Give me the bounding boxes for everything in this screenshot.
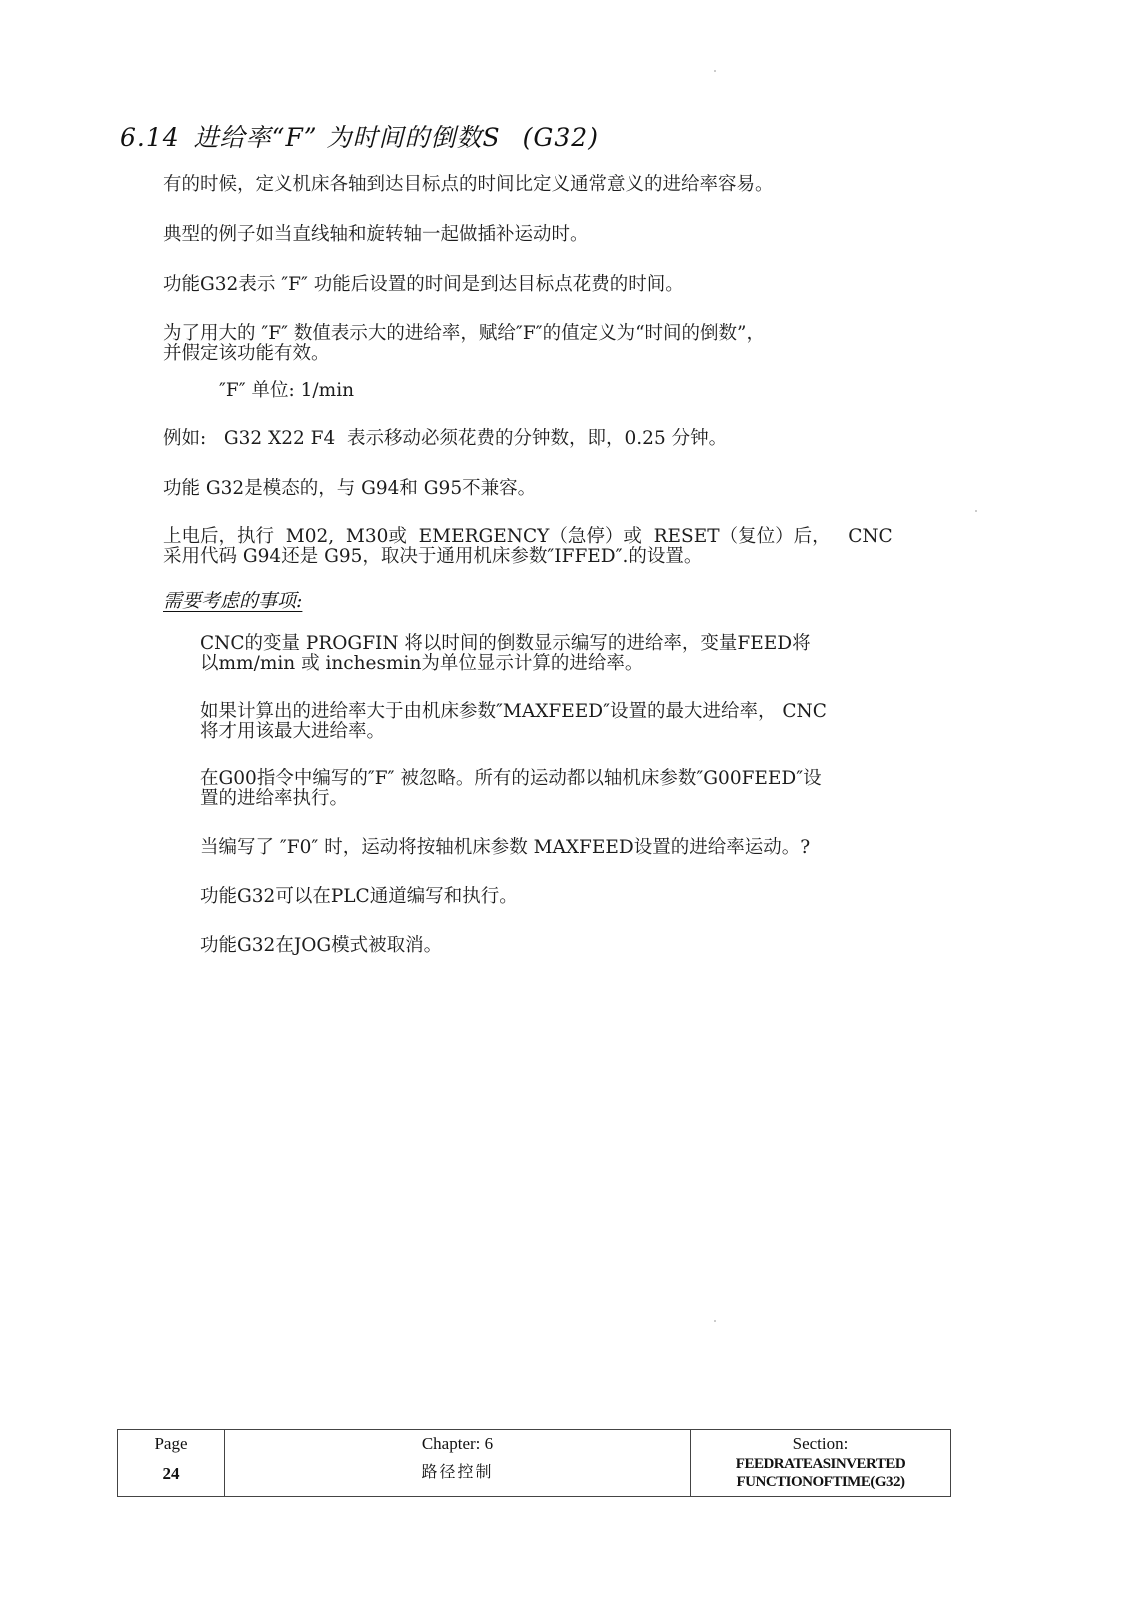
consideration-item: 功能G32在JOG模式被取消。 [200,934,442,957]
consideration-item-continued: 以mm/min 或 inchesmin为单位显示计算的进给率。 [200,652,643,675]
paragraph: 典型的例子如当直线轴和旋转轴一起做插补运动时。 [163,223,589,246]
scan-artifact [714,70,716,72]
footer-chapter-cell: Chapter: 6 路径控制 [225,1430,691,1496]
unit-note: ″F″ 单位: 1/min [219,379,354,402]
paragraph-continued: 采用代码 G94还是 G95，取决于通用机床参数″IFFED″.的设置。 [163,545,702,568]
paragraph: 有的时候，定义机床各轴到达目标点的时间比定义通常意义的进给率容易。 [163,173,774,196]
considerations-heading: 需要考虑的事项: [163,586,302,613]
paragraph: 功能 G32是模态的，与 G94和 G95不兼容。 [163,477,536,500]
example-line: 例如: G32 X22 F4 表示移动必须花费的分钟数，即，0.25 分钟。 [163,427,727,450]
paragraph: 功能G32表示 ″F″ 功能后设置的时间是到达目标点花费的时间。 [163,273,684,296]
consideration-item: 功能G32可以在PLC通道编写和执行。 [200,885,518,908]
footer-section-label: Section: [691,1434,950,1454]
section-number: 6.14 [120,123,180,152]
paragraph-continued: 并假定该功能有效。 [163,342,330,365]
scan-artifact [714,1320,716,1322]
footer-chapter-title: 路径控制 [225,1459,690,1482]
footer-page-number: 24 [118,1464,224,1484]
section-code: (G32) [523,123,599,152]
footer-section-title-line2: FUNCTIONOFTIME(G32) [691,1473,950,1491]
footer-section-title-line1: FEEDRATEASINVERTED [691,1455,950,1473]
page-footer: Page 24 Chapter: 6 路径控制 Section: FEEDRAT… [117,1429,951,1497]
scan-artifact [975,510,977,512]
consideration-item: 当编写了 ″F0″ 时，运动将按轴机床参数 MAXFEED设置的进给率运动。? [200,836,810,859]
consideration-item-continued: 置的进给率执行。 [200,787,348,810]
footer-page-cell: Page 24 [118,1430,225,1496]
section-title: 6.14进给率“F” 为时间的倒数S(G32) [120,118,599,154]
footer-section-title: FEEDRATEASINVERTED FUNCTIONOFTIME(G32) [691,1455,950,1491]
footer-page-label: Page [118,1434,224,1454]
footer-chapter-label: Chapter: 6 [225,1434,690,1454]
footer-section-cell: Section: FEEDRATEASINVERTED FUNCTIONOFTI… [691,1430,950,1496]
consideration-item-continued: 将才用该最大进给率。 [200,720,385,743]
section-title-text: 进给率“F” 为时间的倒数S [194,123,501,152]
